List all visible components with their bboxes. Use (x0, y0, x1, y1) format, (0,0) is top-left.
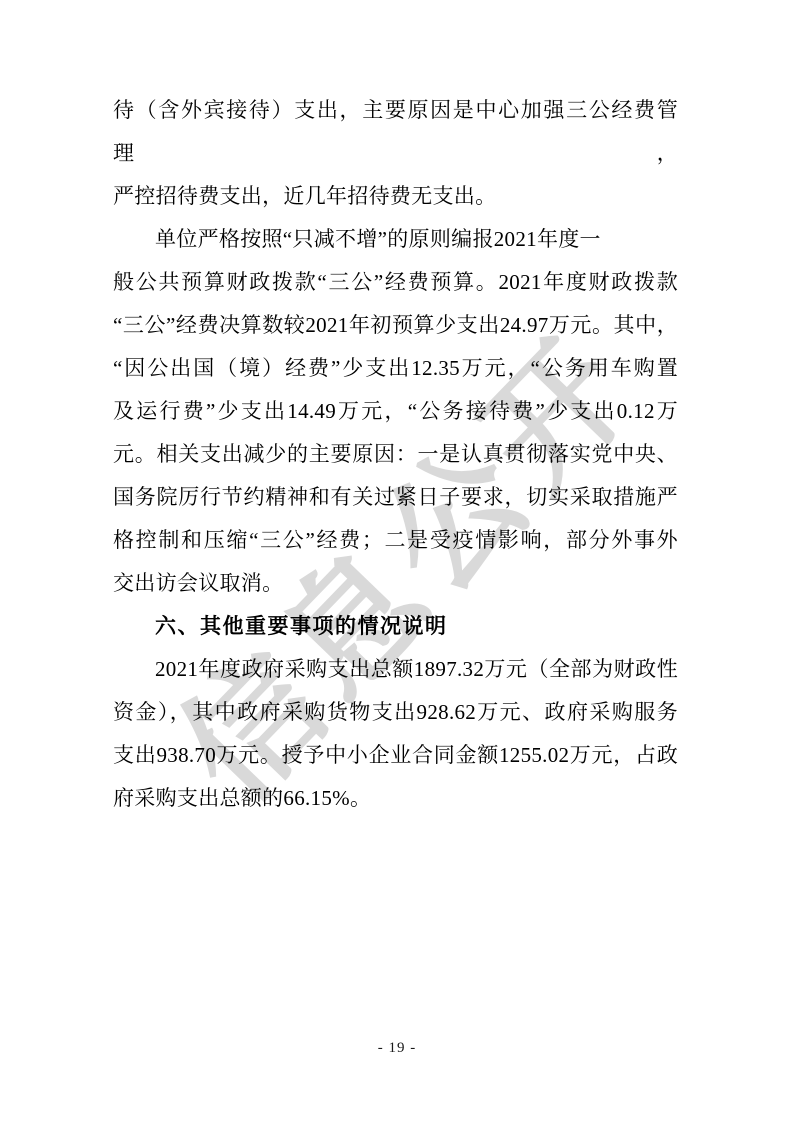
body-text: 待（含外宾接待）支出，主要原因是中心加强三公经费管理， 严控招待费支出，近几年招… (113, 89, 678, 820)
body-line: 严控招待费支出，近几年招待费无支出。 (113, 175, 678, 218)
section-heading: 六、其他重要事项的情况说明 (113, 605, 678, 648)
body-line: “因公出国（境）经费”少支出12.35万元，“公务用车购置 (113, 347, 678, 390)
body-line: 单位严格按照“只减不增”的原则编报2021年度一 (113, 218, 678, 261)
page-number: - 19 - (0, 1040, 794, 1057)
body-line: 元。相关支出减少的主要原因：一是认真贯彻落实党中央、 (113, 433, 678, 476)
body-line: 资金），其中政府采购货物支出928.62万元、政府采购服务 (113, 691, 678, 734)
body-line: 格控制和压缩“三公”经费；二是受疫情影响，部分外事外 (113, 519, 678, 562)
body-line: 支出938.70万元。授予中小企业合同金额1255.02万元，占政 (113, 734, 678, 777)
body-line: 国务院厉行节约精神和有关过紧日子要求，切实采取措施严 (113, 476, 678, 519)
body-line: 待（含外宾接待）支出，主要原因是中心加强三公经费管理， (113, 89, 678, 175)
document-page: 信息公开 待（含外宾接待）支出，主要原因是中心加强三公经费管理， 严控招待费支出… (0, 0, 794, 1123)
body-line: 2021年度政府采购支出总额1897.32万元（全部为财政性 (113, 648, 678, 691)
body-line: 交出访会议取消。 (113, 562, 678, 605)
body-line: 般公共预算财政拨款“三公”经费预算。2021年度财政拨款 (113, 261, 678, 304)
body-line: “三公”经费决算数较2021年初预算少支出24.97万元。其中， (113, 304, 678, 347)
body-line: 及运行费”少支出14.49万元，“公务接待费”少支出0.12万 (113, 390, 678, 433)
body-line: 府采购支出总额的66.15%。 (113, 777, 678, 820)
